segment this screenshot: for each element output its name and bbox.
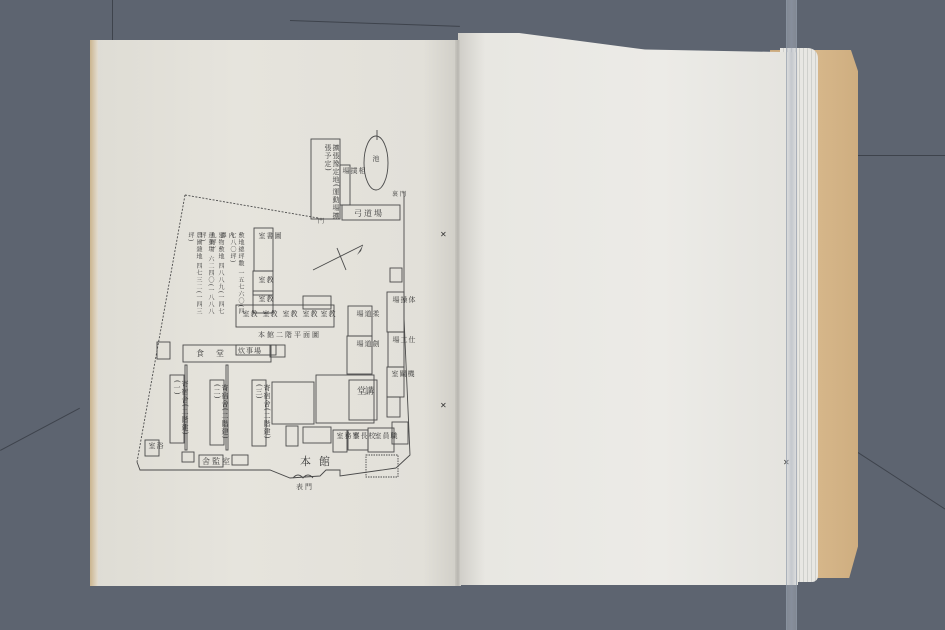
label-back-gate: 裏門 — [392, 189, 408, 198]
label-machine-room: 機關室 — [391, 370, 415, 378]
label-shooting-range: 弓道場 — [354, 208, 384, 219]
label-dorm-3: 寄宿舍(二階建)(三) — [255, 384, 271, 446]
label-lecture-hall: 講堂 — [356, 386, 372, 401]
label-future-site: 擴張豫定地(運動場擴張予定) — [324, 144, 340, 224]
clear-ruler — [786, 0, 797, 630]
legend-line: 敷地總坪數 一五七六〇(四七八〇坪) — [228, 232, 244, 322]
label-principal: 校長室 — [352, 432, 376, 440]
label-classroom: 教室 — [258, 276, 274, 284]
label-classroom: 教室 — [302, 310, 318, 318]
label-classroom: 教室 — [242, 310, 258, 318]
label-gym: 体操場 — [392, 296, 416, 304]
label-classroom: 教室 — [282, 310, 298, 318]
label-library: 圖書室 — [258, 232, 282, 240]
label-dining: 食堂 — [196, 348, 236, 359]
label-classroom: 教室 — [262, 310, 278, 318]
label-classroom: 教室 — [258, 295, 274, 303]
label-bath: 浴室 — [148, 442, 164, 450]
label-main-building: 本館 — [300, 453, 338, 469]
label-sumo: 相撲場 — [342, 167, 366, 175]
label-main-gate: 表門 — [296, 482, 314, 492]
label-dorm-2: 寄宿舍(二階建)(二) — [213, 384, 229, 446]
floor-plan-lines — [0, 0, 945, 630]
plan-title: 本館二階平面圖 — [258, 330, 321, 340]
label-kitchen: 炊事場 — [238, 346, 262, 356]
label-side-gate: 門 — [318, 216, 326, 225]
legend-line: 農園雜地 四七三二(一四三坪) — [186, 232, 202, 322]
label-dorm-1: 寄宿舍(二階建)(一) — [173, 380, 189, 442]
label-kendo: 劍道場 — [356, 340, 380, 348]
label-workshop: 仕工場 — [392, 336, 416, 344]
label-pond: 池 — [372, 155, 380, 163]
label-dorm-office: 舍監室 — [202, 456, 232, 467]
label-staff: 職員室 — [374, 432, 398, 440]
label-classroom: 教室 — [320, 310, 336, 318]
label-judo: 柔道場 — [356, 310, 380, 318]
